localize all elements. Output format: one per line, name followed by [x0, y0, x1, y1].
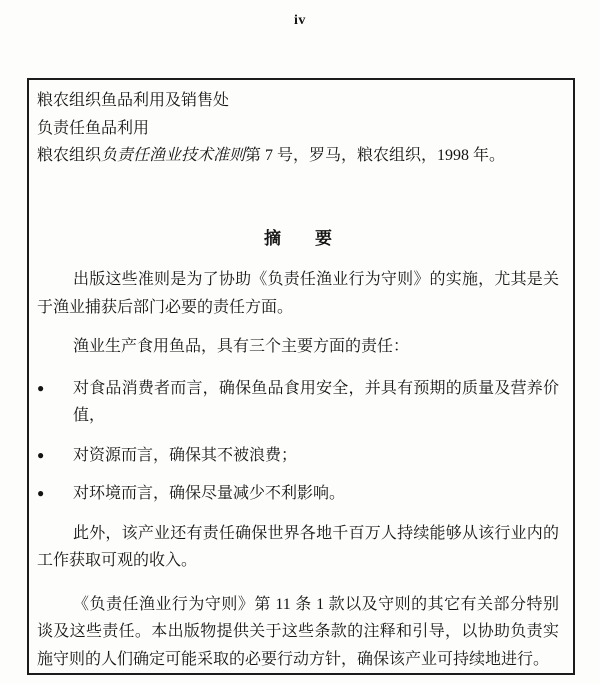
abstract-paragraph-1: 出版这些准则是为了协助《负责任渔业行为守则》的实施，尤其是关于渔业捕获后部门必要… [37, 266, 559, 321]
citation-title-line: 负责任鱼品利用 [37, 115, 559, 143]
citation-reference-suffix: 第 7 号，罗马，粮农组织，1998 年。 [245, 147, 505, 164]
abstract-heading: 摘 要 [37, 225, 559, 253]
bullet-text-resources: 对资源而言，确保其不被浪费； [73, 442, 559, 470]
bullet-icon: ● [37, 480, 73, 508]
page-number: iv [0, 13, 600, 29]
bullet-text-consumers: 对食品消费者而言，确保鱼品食用安全，并具有预期的质量及营养价值， [73, 375, 559, 430]
bullet-icon: ● [37, 375, 73, 403]
bullet-text-environment: 对环境而言，确保尽量减少不利影响。 [73, 480, 559, 508]
citation-series-title: 负责任渔业技术准则 [101, 147, 245, 164]
bullet-item-consumers: ● 对食品消费者而言，确保鱼品食用安全，并具有预期的质量及营养价值， [37, 375, 559, 430]
citation-reference-prefix: 粮农组织 [37, 147, 101, 164]
bullet-item-environment: ● 对环境而言，确保尽量减少不利影响。 [37, 480, 559, 508]
abstract-box: 粮农组织鱼品利用及销售处 负责任鱼品利用 粮农组织负责任渔业技术准则第 7 号，… [27, 78, 575, 675]
citation-department-line: 粮农组织鱼品利用及销售处 [37, 87, 559, 115]
bullet-icon: ● [37, 442, 73, 470]
bullet-item-resources: ● 对资源而言，确保其不被浪费； [37, 442, 559, 470]
abstract-paragraph-3: 此外，该产业还有责任确保世界各地千百万人持续能够从该行业内的工作获取可观的收入。 [37, 520, 559, 575]
abstract-paragraph-4: 《负责任渔业行为守则》第 11 条 1 款以及守则的其它有关部分特别谈及这些责任… [37, 591, 559, 674]
abstract-paragraph-2: 渔业生产食用鱼品，具有三个主要方面的责任： [37, 333, 559, 361]
citation-reference-line: 粮农组织负责任渔业技术准则第 7 号，罗马，粮农组织，1998 年。 [37, 142, 559, 170]
